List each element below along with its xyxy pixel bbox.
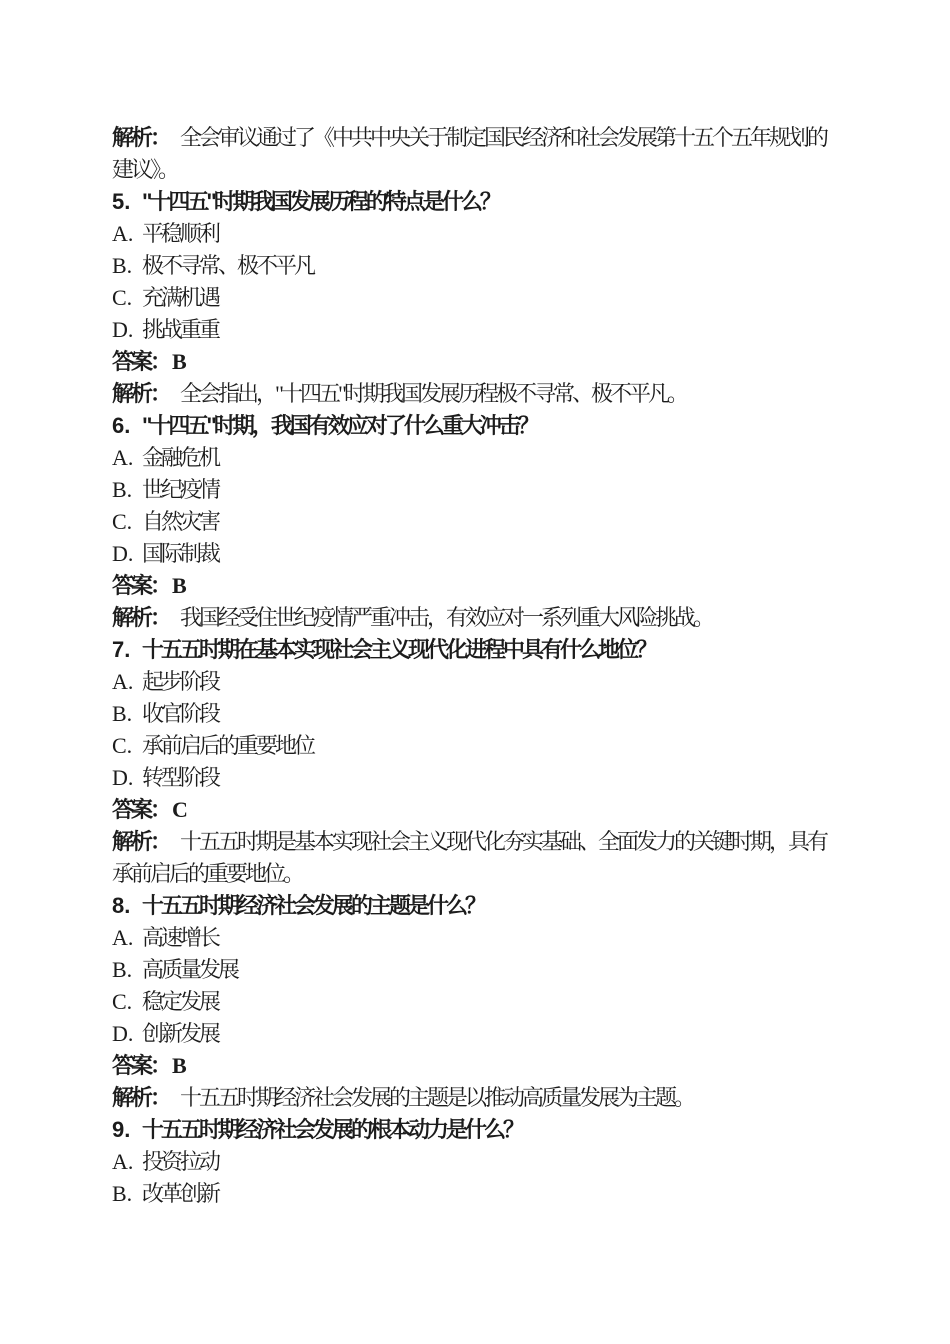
option-row: B.高质量发展: [112, 954, 842, 986]
option-letter: A.: [112, 922, 142, 954]
option-row: B.收官阶段: [112, 698, 842, 730]
option-row: C.自然灾害: [112, 506, 842, 538]
answer-row: 答案：B: [112, 346, 842, 378]
analysis-paragraph: 解析：十五五时期经济社会发展的主题是以推动高质量发展为主题。: [112, 1082, 842, 1114]
option-row: D.国际制裁: [112, 538, 842, 570]
option-row: B.世纪疫情: [112, 474, 842, 506]
option-text: 投资拉动: [142, 1149, 218, 1174]
answer-label: 答案：: [112, 1053, 169, 1078]
question-title-row: 7.十五五时期在基本实现社会主义现代化进程中具有什么地位？: [112, 634, 842, 666]
intro-analysis-text: 全会审议通过了《中共中央关于制定国民经济和社会发展第十五个五年规划的建议》。: [112, 125, 826, 182]
option-text: 创新发展: [142, 1021, 218, 1046]
question-title-row: 9.十五五时期经济社会发展的根本动力是什么？: [112, 1114, 842, 1146]
question-number: 5.: [112, 186, 142, 218]
analysis-text: 十五五时期经济社会发展的主题是以推动高质量发展为主题。: [180, 1085, 693, 1110]
option-text: 收官阶段: [142, 701, 218, 726]
option-text: 充满机遇: [142, 285, 218, 310]
option-text: 转型阶段: [142, 765, 218, 790]
answer-label: 答案：: [112, 573, 169, 598]
option-row: A.投资拉动: [112, 1146, 842, 1178]
question-title-row: 6."十四五"时期，我国有效应对了什么重大冲击？: [112, 410, 842, 442]
question-title: "十四五"时期，我国有效应对了什么重大冲击？: [142, 413, 537, 438]
option-letter: C.: [112, 730, 142, 762]
option-row: A.高速增长: [112, 922, 842, 954]
analysis-paragraph: 解析：十五五时期是基本实现社会主义现代化夯实基础、全面发力的关键时期，具有承前启…: [112, 826, 842, 890]
option-row: D.转型阶段: [112, 762, 842, 794]
option-text: 稳定发展: [142, 989, 218, 1014]
option-letter: B.: [112, 1178, 142, 1210]
option-letter: D.: [112, 1018, 142, 1050]
option-letter: B.: [112, 954, 142, 986]
question-number: 7.: [112, 634, 142, 666]
option-letter: B.: [112, 474, 142, 506]
option-text: 高质量发展: [142, 957, 237, 982]
analysis-text: 全会指出，"十四五"时期我国发展历程极不寻常、极不平凡。: [180, 381, 686, 406]
option-letter: D.: [112, 538, 142, 570]
option-letter: B.: [112, 698, 142, 730]
option-row: B.极不寻常、极不平凡: [112, 250, 842, 282]
option-text: 世纪疫情: [142, 477, 218, 502]
option-letter: D.: [112, 314, 142, 346]
intro-analysis-label: 解析：: [112, 125, 169, 150]
option-letter: C.: [112, 506, 142, 538]
answer-value: B: [172, 573, 184, 598]
option-text: 自然灾害: [142, 509, 218, 534]
question-number: 6.: [112, 410, 142, 442]
option-row: D.挑战重重: [112, 314, 842, 346]
option-letter: A.: [112, 1146, 142, 1178]
question-number: 8.: [112, 890, 142, 922]
answer-value: B: [172, 349, 184, 374]
option-text: 承前启后的重要地位: [142, 733, 313, 758]
option-row: C.稳定发展: [112, 986, 842, 1018]
option-text: 起步阶段: [142, 669, 218, 694]
option-text: 极不寻常、极不平凡: [142, 253, 313, 278]
analysis-label: 解析：: [112, 829, 169, 854]
option-letter: A.: [112, 442, 142, 474]
option-row: D.创新发展: [112, 1018, 842, 1050]
analysis-paragraph: 解析：全会指出，"十四五"时期我国发展历程极不寻常、极不平凡。: [112, 378, 842, 410]
question-number: 9.: [112, 1114, 142, 1146]
analysis-label: 解析：: [112, 381, 169, 406]
analysis-paragraph: 解析：我国经受住世纪疫情严重冲击，有效应对一系列重大风险挑战。: [112, 602, 842, 634]
option-letter: A.: [112, 666, 142, 698]
answer-value: C: [172, 797, 185, 822]
option-text: 平稳顺利: [142, 221, 218, 246]
analysis-text: 十五五时期是基本实现社会主义现代化夯实基础、全面发力的关键时期，具有承前启后的重…: [112, 829, 826, 886]
question-title-row: 8.十五五时期经济社会发展的主题是什么？: [112, 890, 842, 922]
option-row: A.平稳顺利: [112, 218, 842, 250]
document-content: 解析：全会审议通过了《中共中央关于制定国民经济和社会发展第十五个五年规划的建议》…: [112, 122, 842, 1210]
option-letter: B.: [112, 250, 142, 282]
option-row: A.起步阶段: [112, 666, 842, 698]
analysis-label: 解析：: [112, 605, 169, 630]
option-letter: D.: [112, 762, 142, 794]
question-title-row: 5."十四五"时期我国发展历程的特点是什么？: [112, 186, 842, 218]
option-row: A.金融危机: [112, 442, 842, 474]
option-text: 金融危机: [142, 445, 218, 470]
answer-label: 答案：: [112, 797, 169, 822]
question-title: "十四五"时期我国发展历程的特点是什么？: [142, 189, 499, 214]
option-letter: C.: [112, 282, 142, 314]
option-row: C.承前启后的重要地位: [112, 730, 842, 762]
option-row: B.改革创新: [112, 1178, 842, 1210]
option-text: 挑战重重: [142, 317, 218, 342]
option-row: C.充满机遇: [112, 282, 842, 314]
option-text: 国际制裁: [142, 541, 218, 566]
answer-row: 答案：B: [112, 1050, 842, 1082]
answer-label: 答案：: [112, 349, 169, 374]
analysis-text: 我国经受住世纪疫情严重冲击，有效应对一系列重大风险挑战。: [180, 605, 712, 630]
document-page: 解析：全会审议通过了《中共中央关于制定国民经济和社会发展第十五个五年规划的建议》…: [0, 0, 950, 1344]
option-letter: C.: [112, 986, 142, 1018]
answer-value: B: [172, 1053, 184, 1078]
question-title: 十五五时期在基本实现社会主义现代化进程中具有什么地位？: [142, 637, 655, 662]
intro-analysis-paragraph: 解析：全会审议通过了《中共中央关于制定国民经济和社会发展第十五个五年规划的建议》…: [112, 122, 842, 186]
question-title: 十五五时期经济社会发展的主题是什么？: [142, 893, 484, 918]
question-list: 5."十四五"时期我国发展历程的特点是什么？A.平稳顺利B.极不寻常、极不平凡C…: [112, 186, 842, 1210]
option-letter: A.: [112, 218, 142, 250]
analysis-label: 解析：: [112, 1085, 169, 1110]
option-text: 高速增长: [142, 925, 218, 950]
option-text: 改革创新: [142, 1181, 218, 1206]
question-title: 十五五时期经济社会发展的根本动力是什么？: [142, 1117, 522, 1142]
answer-row: 答案：B: [112, 570, 842, 602]
answer-row: 答案：C: [112, 794, 842, 826]
